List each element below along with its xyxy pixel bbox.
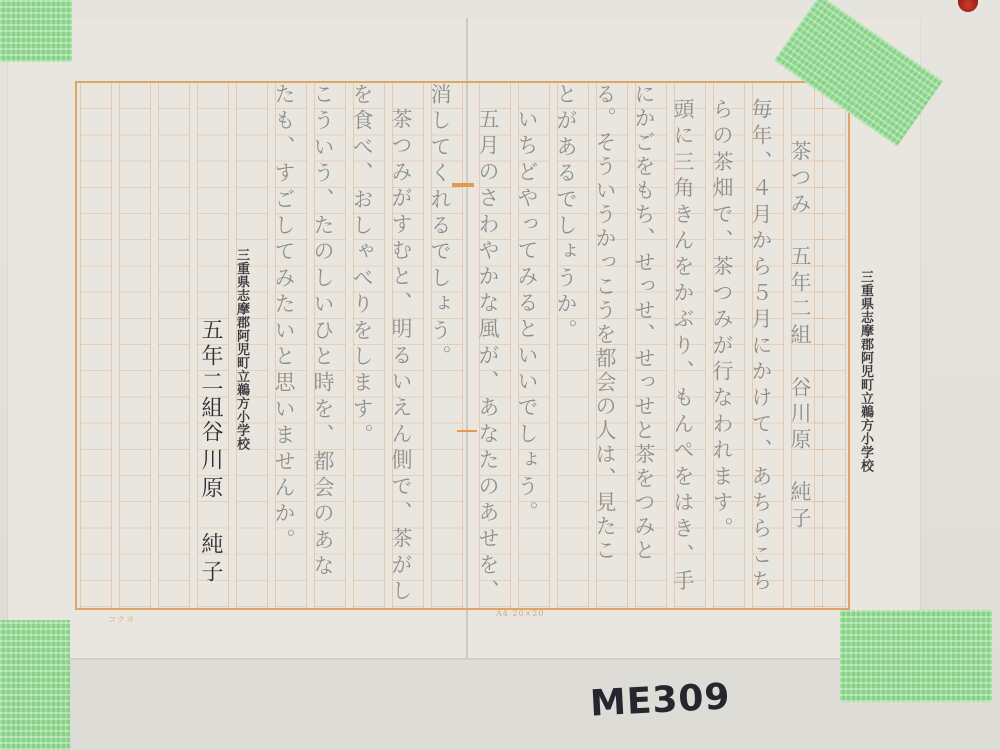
- school-stamp-margin: 三重県志摩郡阿児町立鵜方小学校: [856, 270, 875, 473]
- essay-line: 頭に三角きんをかぶり、もんぺをはき、手: [668, 98, 698, 596]
- center-fold-mark-top: [452, 183, 474, 187]
- essay-line: 茶つみがすむと、明るいえん側で、茶がし: [386, 108, 416, 606]
- school-stamp: 三重県志摩郡阿児町立鵜方小学校: [232, 248, 251, 451]
- essay-line: 五月のさわやかな風が、あなたのあせを、: [473, 108, 503, 606]
- accession-number: ME309: [589, 676, 732, 724]
- essay-line: とがあるでしょうか。: [551, 83, 581, 345]
- tape-bottom-right: [840, 610, 992, 702]
- tape-bottom-left: [0, 620, 70, 750]
- grid-column: [814, 83, 846, 608]
- signature-class: 五年二組: [195, 318, 226, 422]
- essay-line: たも、すごしてみたいと思いませんか。: [269, 83, 299, 555]
- essay-line: を食べ、おしゃべりをします。: [347, 83, 377, 450]
- signature-name: 谷川原 純子: [195, 420, 226, 588]
- paper-spec-label: A4 20×20: [496, 609, 544, 618]
- grid-column: [158, 83, 190, 608]
- publisher-mark: コクヨ: [108, 614, 135, 625]
- essay-title-line: 茶つみ 五年二組 谷川原 純子: [785, 140, 815, 533]
- essay-line: 消してくれるでしょう。: [425, 83, 455, 371]
- tape-top-left: [0, 0, 72, 62]
- essay-line: る。そういうかっこうを都会の人は、見たこ: [590, 83, 620, 563]
- essay-line: こういう、たのしいひと時を、都会のあな: [308, 83, 338, 581]
- essay-line: 毎年、４月から５月にかけて、あちらこち: [746, 98, 776, 596]
- grid-column: [80, 83, 112, 608]
- essay-line: らの茶畑で、茶つみが行なわれます。: [707, 98, 737, 543]
- essay-line: にかごをもち、せっせ、せっせと茶をつみと: [629, 83, 659, 563]
- grid-column: [119, 83, 151, 608]
- essay-line: いちどやってみるといいでしょう。: [512, 108, 542, 527]
